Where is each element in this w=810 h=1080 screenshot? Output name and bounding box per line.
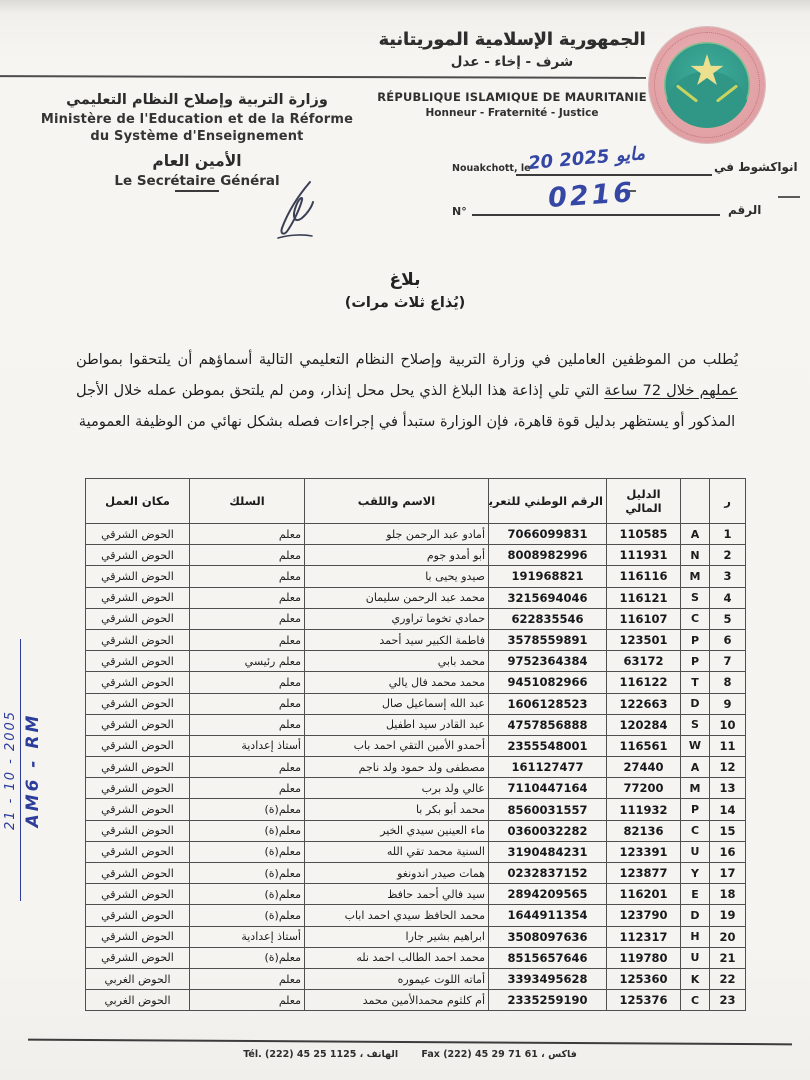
number-label-ar: الرقم	[728, 203, 761, 217]
cell-national-id: 3190484231	[489, 841, 607, 862]
cell-name: محمد احمد الطالب احمد نله	[305, 947, 489, 968]
header-name: الاسم واللقب	[305, 479, 489, 524]
cell-letter: C	[681, 990, 710, 1011]
cell-workplace: الحوض الشرقي	[86, 545, 190, 566]
cell-workplace: الحوض الشرقي	[86, 778, 190, 799]
cell-national-id: 4757856888	[489, 714, 607, 735]
table-row: 22K1253603393495628أماته اللوت عيمورهمعل…	[86, 968, 746, 989]
cell-letter: S	[681, 714, 710, 735]
margin-handwritten-note: 21 - 10 - 2005 AM6 - RM	[3, 639, 59, 901]
cell-financial-index: 123877	[607, 863, 681, 884]
cell-letter: A	[681, 524, 710, 545]
cell-cadre: معلم	[190, 629, 305, 650]
margin-note-date: 21 - 10 - 2005	[3, 639, 20, 901]
cell-cadre: معلم(ة)	[190, 820, 305, 841]
cell-national-id: 1644911354	[489, 905, 607, 926]
table-row: 5C116107622835546حمادي تخوما تراوريمعلما…	[86, 608, 746, 629]
cell-national-id: 622835546	[489, 608, 607, 629]
cell-national-id: 191968821	[489, 566, 607, 587]
cell-national-id: 3508097636	[489, 926, 607, 947]
cell-national-id: 2894209565	[489, 884, 607, 905]
cell-financial-index: 63172	[607, 651, 681, 672]
cell-name: محمد عبد الرحمن سليمان	[305, 587, 489, 608]
cell-serial: 8	[710, 672, 746, 693]
cell-serial: 17	[710, 863, 746, 884]
cell-letter: S	[681, 587, 710, 608]
cell-name: أمادو عبد الرحمن جلو	[305, 524, 489, 545]
cell-name: أبو أمدو جوم	[305, 545, 489, 566]
table-row: 6P1235013578559891فاطمة الكبير سيد أحمدم…	[86, 629, 746, 650]
table-row: 12A27440161127477مصطفى ولد حمود ولد ناجم…	[86, 757, 746, 778]
footer-divider-line	[28, 1039, 792, 1045]
table-row: 18E1162012894209565سيد فالي أحمد حافظمعل…	[86, 884, 746, 905]
cell-serial: 16	[710, 841, 746, 862]
cell-national-id: 8008982996	[489, 545, 607, 566]
cell-letter: M	[681, 566, 710, 587]
cell-name: عبد الله إسماعيل صال	[305, 693, 489, 714]
body-text-underlined: عملهم خلال 72 ساعة	[604, 382, 738, 399]
cell-letter: T	[681, 672, 710, 693]
cell-national-id: 2355548001	[489, 735, 607, 756]
table-row: 11W1165612355548001أحمدو الأمين التقي اح…	[86, 735, 746, 756]
cell-financial-index: 116107	[607, 608, 681, 629]
table-row: 14P1119328560031557محمد أبو بكر بامعلم(ة…	[86, 799, 746, 820]
table-row: 16U1233913190484231السنية محمد تقي اللهم…	[86, 841, 746, 862]
cell-cadre: معلم(ة)	[190, 905, 305, 926]
cell-serial: 1	[710, 524, 746, 545]
number-fill-line	[472, 214, 720, 216]
cell-financial-index: 125360	[607, 968, 681, 989]
cell-serial: 11	[710, 735, 746, 756]
table-row: 4S1161213215694046محمد عبد الرحمن سليمان…	[86, 587, 746, 608]
header-financial-index: الدليل المالي	[607, 479, 681, 524]
republic-name-french: RÉPUBLIQUE ISLAMIQUE DE MAURITANIE	[352, 90, 672, 104]
cell-financial-index: 111932	[607, 799, 681, 820]
date-fill-line	[516, 174, 712, 176]
cell-workplace: الحوض الشرقي	[86, 629, 190, 650]
cell-cadre: معلم(ة)	[190, 799, 305, 820]
cell-name: حمادي تخوما تراوري	[305, 608, 489, 629]
cell-national-id: 161127477	[489, 757, 607, 778]
cell-letter: D	[681, 905, 710, 926]
cell-national-id: 7066099831	[489, 524, 607, 545]
cell-workplace: الحوض الشرقي	[86, 714, 190, 735]
cell-workplace: الحوض الغربي	[86, 990, 190, 1011]
cell-financial-index: 116121	[607, 587, 681, 608]
cell-letter: U	[681, 947, 710, 968]
cell-financial-index: 125376	[607, 990, 681, 1011]
cell-workplace: الحوض الشرقي	[86, 863, 190, 884]
cell-financial-index: 77200	[607, 778, 681, 799]
cell-financial-index: 116116	[607, 566, 681, 587]
footer-telephone: Tél. (222) 45 25 1125 ، الهاتف	[243, 1049, 398, 1060]
cell-serial: 6	[710, 629, 746, 650]
table-row: 19D1237901644911354محمد الحافظ سيدي احمد…	[86, 905, 746, 926]
cell-cadre: معلم	[190, 608, 305, 629]
cell-serial: 15	[710, 820, 746, 841]
cell-cadre: معلم	[190, 545, 305, 566]
header-serial: ر	[710, 479, 746, 524]
cell-financial-index: 119780	[607, 947, 681, 968]
cell-national-id: 3578559891	[489, 629, 607, 650]
place-date-label-ar: انواكشوط في	[714, 160, 798, 174]
cell-workplace: الحوض الشرقي	[86, 820, 190, 841]
cell-national-id: 9451082966	[489, 672, 607, 693]
table-row: 2N1119318008982996أبو أمدو جوممعلمالحوض …	[86, 545, 746, 566]
cell-letter: C	[681, 608, 710, 629]
cell-financial-index: 116561	[607, 735, 681, 756]
body-text-part1: يُطلب من الموظفين العاملين في وزارة التر…	[76, 351, 738, 368]
cell-national-id: 3215694046	[489, 587, 607, 608]
table-row: 7P631729752364384محمد بابيمعلم رئيسيالحو…	[86, 651, 746, 672]
cell-name: عبد القادر سيد اطفيل	[305, 714, 489, 735]
handwritten-number: 0216	[547, 177, 636, 214]
cell-financial-index: 112317	[607, 926, 681, 947]
cell-letter: U	[681, 841, 710, 862]
cell-financial-index: 123391	[607, 841, 681, 862]
header-divider-line	[0, 75, 646, 79]
cell-letter: Y	[681, 863, 710, 884]
cell-financial-index: 116201	[607, 884, 681, 905]
cell-national-id: 8560031557	[489, 799, 607, 820]
cell-national-id: 9752364384	[489, 651, 607, 672]
office-title-arabic: الأمين العام	[36, 152, 358, 170]
header-letter	[681, 479, 710, 524]
header-national-id: الرقم الوطني للتعريف	[489, 479, 607, 524]
ministry-name-arabic: وزارة التربية وإصلاح النظام التعليمي	[36, 92, 358, 108]
cell-cadre: معلم(ة)	[190, 841, 305, 862]
cell-serial: 2	[710, 545, 746, 566]
state-header-arabic: الجمهورية الإسلامية الموريتانية شرف - إخ…	[372, 30, 652, 70]
table-row: 9D1226631606128523عبد الله إسماعيل صالمع…	[86, 693, 746, 714]
secretary-signature	[258, 178, 328, 244]
cell-cadre: معلم(ة)	[190, 947, 305, 968]
cell-serial: 5	[710, 608, 746, 629]
cell-name: محمد الحافظ سيدي احمد اباب	[305, 905, 489, 926]
cell-workplace: الحوض الشرقي	[86, 651, 190, 672]
cell-cadre: معلم	[190, 672, 305, 693]
cell-workplace: الحوض الشرقي	[86, 799, 190, 820]
cell-serial: 3	[710, 566, 746, 587]
cell-letter: N	[681, 545, 710, 566]
cell-national-id: 8515657646	[489, 947, 607, 968]
cell-serial: 19	[710, 905, 746, 926]
cell-letter: P	[681, 651, 710, 672]
cell-national-id: 7110447164	[489, 778, 607, 799]
cell-letter: P	[681, 629, 710, 650]
cell-national-id: 3393495628	[489, 968, 607, 989]
cell-cadre: أستاذ إعدادية	[190, 926, 305, 947]
cell-serial: 12	[710, 757, 746, 778]
cell-cadre: معلم	[190, 778, 305, 799]
cell-workplace: الحوض الشرقي	[86, 608, 190, 629]
cell-letter: K	[681, 968, 710, 989]
cell-name: محمد أبو بكر با	[305, 799, 489, 820]
table-row: 20H1123173508097636ابراهيم بشير جاراأستا…	[86, 926, 746, 947]
communique-body: يُطلب من الموظفين العاملين في وزارة التر…	[76, 344, 738, 437]
cell-serial: 9	[710, 693, 746, 714]
scan-dash-mark	[778, 196, 800, 198]
cell-workplace: الحوض الشرقي	[86, 672, 190, 693]
cell-letter: E	[681, 884, 710, 905]
cell-name: السنية محمد تقي الله	[305, 841, 489, 862]
place-date-label-fr: Nouakchott, le	[452, 163, 531, 174]
cell-name: محمد محمد فال يالي	[305, 672, 489, 693]
cell-name: أحمدو الأمين التقي احمد باب	[305, 735, 489, 756]
footer-fax: Fax (222) 45 29 71 61 ، فاكس	[421, 1049, 576, 1060]
cell-workplace: الحوض الشرقي	[86, 884, 190, 905]
ministry-letterhead: وزارة التربية وإصلاح النظام التعليمي Min…	[36, 92, 358, 192]
state-header-french: RÉPUBLIQUE ISLAMIQUE DE MAURITANIE Honne…	[352, 90, 672, 119]
header-cadre: السلك	[190, 479, 305, 524]
cell-workplace: الحوض الشرقي	[86, 524, 190, 545]
cell-cadre: معلم	[190, 968, 305, 989]
cell-workplace: الحوض الشرقي	[86, 841, 190, 862]
cell-financial-index: 116122	[607, 672, 681, 693]
cell-letter: P	[681, 799, 710, 820]
cell-name: صيدو يحيى با	[305, 566, 489, 587]
state-motto-french: Honneur - Fraternité - Justice	[352, 107, 672, 119]
cell-cadre: معلم	[190, 714, 305, 735]
cell-name: عالي ولد برب	[305, 778, 489, 799]
cell-national-id: 1606128523	[489, 693, 607, 714]
state-seal-icon	[649, 27, 765, 143]
communique-subtitle: (يُذاع ثلاث مرات)	[0, 295, 810, 311]
cell-cadre: أستاذ إعدادية	[190, 735, 305, 756]
cell-serial: 18	[710, 884, 746, 905]
cell-letter: M	[681, 778, 710, 799]
table-row: 15C821360360032282ماء العينين سيدي الخير…	[86, 820, 746, 841]
cell-workplace: الحوض الشرقي	[86, 905, 190, 926]
cell-cadre: معلم(ة)	[190, 863, 305, 884]
republic-name-arabic: الجمهورية الإسلامية الموريتانية	[372, 30, 652, 50]
cell-financial-index: 110585	[607, 524, 681, 545]
cell-workplace: الحوض الشرقي	[86, 947, 190, 968]
cell-name: ماء العينين سيدي الخير	[305, 820, 489, 841]
header-workplace: مكان العمل	[86, 479, 190, 524]
cell-financial-index: 82136	[607, 820, 681, 841]
office-title-french: Le Secrétaire Général	[114, 173, 279, 189]
cell-serial: 7	[710, 651, 746, 672]
cell-serial: 22	[710, 968, 746, 989]
cell-serial: 21	[710, 947, 746, 968]
cell-serial: 14	[710, 799, 746, 820]
footer-contacts: Tél. (222) 45 25 1125 ، الهاتف Fax (222)…	[150, 1049, 670, 1060]
cell-national-id: 0232837152	[489, 863, 607, 884]
handwritten-date: 20 مايو 2025	[527, 143, 646, 174]
margin-note-reference: AM6 - RM	[20, 639, 43, 901]
cell-workplace: الحوض الغربي	[86, 968, 190, 989]
cell-workplace: الحوض الشرقي	[86, 735, 190, 756]
seal-disc	[664, 42, 750, 128]
communique-title-block: بلاغ (يُذاع ثلاث مرات)	[0, 270, 810, 311]
table-row: 8T1161229451082966محمد محمد فال ياليمعلم…	[86, 672, 746, 693]
table-row: 3M116116191968821صيدو يحيى بامعلمالحوض ا…	[86, 566, 746, 587]
cell-name: سيد فالي أحمد حافظ	[305, 884, 489, 905]
ministry-name-french-line2: du Système d'Enseignement	[36, 128, 358, 145]
cell-letter: H	[681, 926, 710, 947]
cell-financial-index: 111931	[607, 545, 681, 566]
cell-financial-index: 123790	[607, 905, 681, 926]
cell-national-id: 0360032282	[489, 820, 607, 841]
cell-financial-index: 122663	[607, 693, 681, 714]
ministry-name-french-line1: Ministère de l'Education et de la Réform…	[36, 111, 358, 128]
cell-cadre: معلم	[190, 990, 305, 1011]
cell-cadre: معلم	[190, 524, 305, 545]
table-row: 13M772007110447164عالي ولد بربمعلمالحوض …	[86, 778, 746, 799]
cell-letter: W	[681, 735, 710, 756]
cell-serial: 20	[710, 926, 746, 947]
cell-cadre: معلم(ة)	[190, 884, 305, 905]
staff-roster-table: ر الدليل المالي الرقم الوطني للتعريف الا…	[85, 478, 746, 1011]
cell-name: همات صيدر اندونغو	[305, 863, 489, 884]
cell-name: محمد بابي	[305, 651, 489, 672]
cell-serial: 10	[710, 714, 746, 735]
communique-title: بلاغ	[0, 270, 810, 290]
table-header-row: ر الدليل المالي الرقم الوطني للتعريف الا…	[86, 479, 746, 524]
cell-letter: D	[681, 693, 710, 714]
cell-name: مصطفى ولد حمود ولد ناجم	[305, 757, 489, 778]
number-label-fr: N°	[452, 205, 467, 218]
cell-workplace: الحوض الشرقي	[86, 566, 190, 587]
cell-workplace: الحوض الشرقي	[86, 587, 190, 608]
office-title-underline	[175, 190, 219, 192]
cell-workplace: الحوض الشرقي	[86, 693, 190, 714]
cell-letter: C	[681, 820, 710, 841]
cell-financial-index: 27440	[607, 757, 681, 778]
cell-letter: A	[681, 757, 710, 778]
cell-financial-index: 123501	[607, 629, 681, 650]
cell-cadre: معلم	[190, 693, 305, 714]
cell-cadre: معلم	[190, 757, 305, 778]
cell-serial: 13	[710, 778, 746, 799]
table-row: 10S1202844757856888عبد القادر سيد اطفيلم…	[86, 714, 746, 735]
cell-workplace: الحوض الشرقي	[86, 926, 190, 947]
cell-name: فاطمة الكبير سيد أحمد	[305, 629, 489, 650]
cell-financial-index: 120284	[607, 714, 681, 735]
cell-name: ابراهيم بشير جارا	[305, 926, 489, 947]
cell-serial: 4	[710, 587, 746, 608]
state-motto-arabic: شرف - إخاء - عدل	[372, 54, 652, 70]
cell-serial: 23	[710, 990, 746, 1011]
cell-cadre: معلم	[190, 587, 305, 608]
table-row: 1A1105857066099831أمادو عبد الرحمن جلومع…	[86, 524, 746, 545]
table-row: 17Y1238770232837152همات صيدر اندونغومعلم…	[86, 863, 746, 884]
cell-national-id: 2335259190	[489, 990, 607, 1011]
scanned-communique-document: وزارة التربية وإصلاح النظام التعليمي Min…	[0, 0, 810, 1080]
table-row: 21U1197808515657646محمد احمد الطالب احمد…	[86, 947, 746, 968]
cell-cadre: معلم رئيسي	[190, 651, 305, 672]
cell-name: أماته اللوت عيموره	[305, 968, 489, 989]
cell-name: أم كلثوم محمدالأمين محمد	[305, 990, 489, 1011]
cell-workplace: الحوض الشرقي	[86, 757, 190, 778]
table-row: 23C1253762335259190أم كلثوم محمدالأمين م…	[86, 990, 746, 1011]
cell-cadre: معلم	[190, 566, 305, 587]
